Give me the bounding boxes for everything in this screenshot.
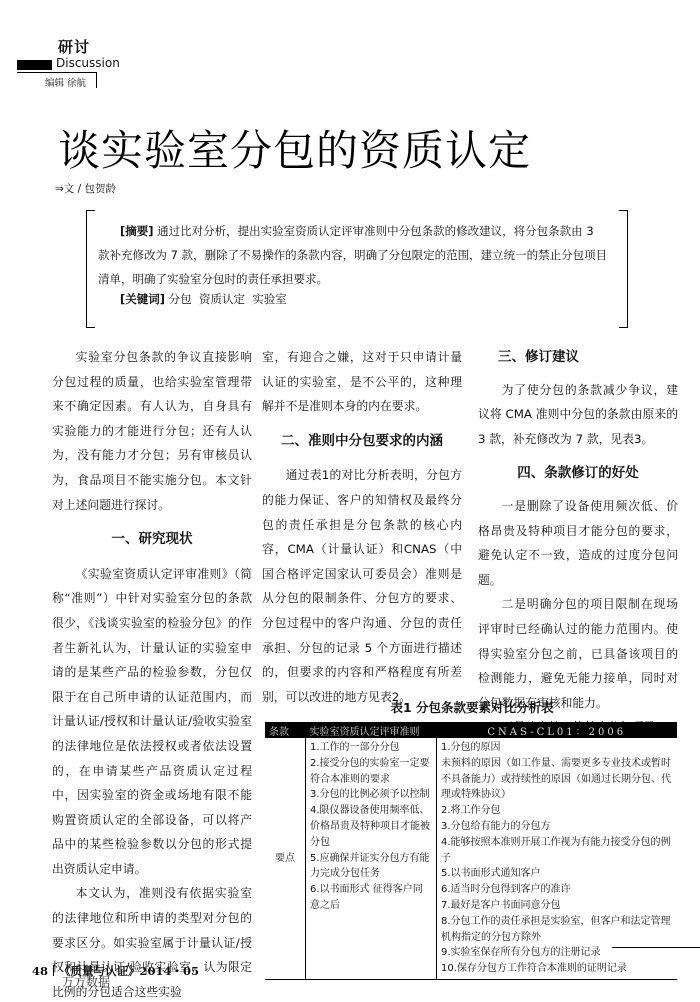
column-1: 实验室分包条款的争议直接影响分包过程的质量，也给实验室管理带来不确定因素。有人认… [52, 345, 252, 1002]
divider [17, 72, 97, 73]
cnas-item: 4.能够按照本准则开展工作视为有能力接受分包的例子 [441, 835, 673, 867]
table-header-row: 条款 实验室资质认定评审准则 CNAS-CL01：2006 [265, 722, 677, 738]
paragraph: 通过表1的对比分析表明，分包方的能力保证、客户的知情权及最终分包的责任承担是分包… [262, 463, 462, 709]
paragraph: 《实验室资质认定评审准则》（简称“准则”）中针对实验室分包的条款很少，《浅谈实验… [52, 562, 252, 882]
divider [96, 72, 97, 88]
cma-item: 2.接受分包的实验室一定要符合本准则的要求 [310, 756, 432, 788]
section-bar [17, 60, 52, 70]
table-row: 要点 1.工作的一部分分包 2.接受分包的实验室一定要符合本准则的要求 3.分包… [265, 738, 677, 979]
keywords-label: [关键词] [120, 292, 165, 306]
comparison-table: 条款 实验室资质认定评审准则 CNAS-CL01：2006 要点 1.工作的一部… [265, 722, 677, 980]
bracket-left [86, 210, 95, 328]
header-clause: 条款 [265, 722, 306, 738]
keywords: [关键词] 分包 资质认定 实验室 [120, 291, 287, 307]
cma-item: 6.以书面形式 征得客户同意之后 [310, 882, 432, 914]
cnas-item: 未预料的原因（如工作量、需要更多专业技术或暂时不具备能力）或持续性的原因（如通过… [441, 756, 673, 803]
paragraph: 二是明确分包的项目限制在现场评审时已经确认过的能力范围内。使得实验室分包之前，已… [478, 592, 678, 715]
paragraph: 为了使分包的条款减少争议，建议将 CMA 准则中分包的条款由原来的 3 款，补充… [478, 378, 678, 452]
paragraph-intro: 实验室分包条款的争议直接影响分包过程的质量，也给实验室管理带来不确定因素。有人认… [52, 345, 252, 517]
row-label: 要点 [265, 738, 306, 979]
cnas-item: 8.分包工作的责任承担是实验室，但客户和法定管理机构指定的分包方除外 [441, 914, 673, 946]
bracket-right [619, 210, 628, 328]
cnas-item: 5.以书面形式通知客户 [441, 866, 673, 882]
header-cnas: CNAS-CL01：2006 [437, 722, 678, 738]
cma-cell: 1.工作的一部分分包 2.接受分包的实验室一定要符合本准则的要求 3.分包的比例… [306, 738, 437, 979]
cma-item: 5.应确保并证实分包方有能力完成分包任务 [310, 851, 432, 883]
abstract-label: [摘要] [120, 224, 154, 238]
section-title-cn: 研讨 [58, 36, 90, 57]
column-3: 三、修订建议 为了使分包的条款减少争议，建议将 CMA 准则中分包的条款由原来的… [478, 345, 678, 740]
heading-connotation: 二、准则中分包要求的内涵 [262, 429, 462, 454]
section-title-en: Discussion [56, 56, 120, 70]
paragraph: 室，有迎合之嫌，这对于只申请计量认证的实验室，是不公平的，这种理解并不是准则本身… [262, 345, 462, 419]
editor-credit: 编辑 徐航 [45, 75, 86, 89]
heading-benefits: 四、条款修订的好处 [478, 461, 678, 486]
divider [612, 947, 700, 948]
keywords-text: 分包 资质认定 实验室 [169, 292, 287, 306]
heading-revision: 三、修订建议 [478, 345, 678, 370]
cma-item: 4.限仪器设备使用频率低、价格昂贵及特种项目才能被分包 [310, 803, 432, 850]
cnas-item: 1.分包的原因 [441, 740, 673, 756]
paragraph: 一是删除了设备使用频次低、价格昂贵及特种项目才能分包的要求，避免认定不一致，造成… [478, 494, 678, 592]
header-cma: 实验室资质认定评审准则 [306, 722, 437, 738]
cma-item: 3.分包的比例必须予以控制 [310, 787, 432, 803]
abstract: [摘要] 通过比对分析，提出实验室资质认定评审准则中分包条款的修改建议，将分包条… [98, 219, 608, 291]
abstract-box: [摘要] 通过比对分析，提出实验室资质认定评审准则中分包条款的修改建议，将分包条… [86, 210, 628, 328]
column-2: 室，有迎合之嫌，这对于只申请计量认证的实验室，是不公平的，这种理解并不是准则本身… [262, 345, 462, 709]
article-title: 谈实验室分包的资质认定 [58, 118, 531, 178]
cnas-item: 6.适当时分包得到客户的准许 [441, 882, 673, 898]
cma-item: 1.工作的一部分分包 [310, 740, 432, 756]
cnas-item: 10.保存分包方工作符合本准则的证明记录 [441, 961, 673, 977]
watermark: 万方数据 [62, 973, 110, 990]
cnas-cell: 1.分包的原因 未预料的原因（如工作量、需要更多专业技术或暂时不具备能力）或持续… [437, 738, 678, 979]
cnas-item: 7.最好是客户书面同意分包 [441, 898, 673, 914]
page-footer: 48《质量与认证》2014・05 [32, 963, 199, 979]
heading-research-status: 一、研究现状 [52, 527, 252, 552]
cnas-item: 3.分包给有能力的分包方 [441, 819, 673, 835]
abstract-text: 通过比对分析，提出实验室资质认定评审准则中分包条款的修改建议，将分包条款由 3 … [98, 224, 607, 286]
page-number: 48 [32, 964, 48, 978]
separator [53, 965, 54, 976]
cnas-item: 2.将工作分包 [441, 803, 673, 819]
author-byline: ⇒文 / 包贺龄 [55, 181, 116, 196]
table-caption: 表1 分包条款要素对比分析表 [262, 698, 682, 716]
